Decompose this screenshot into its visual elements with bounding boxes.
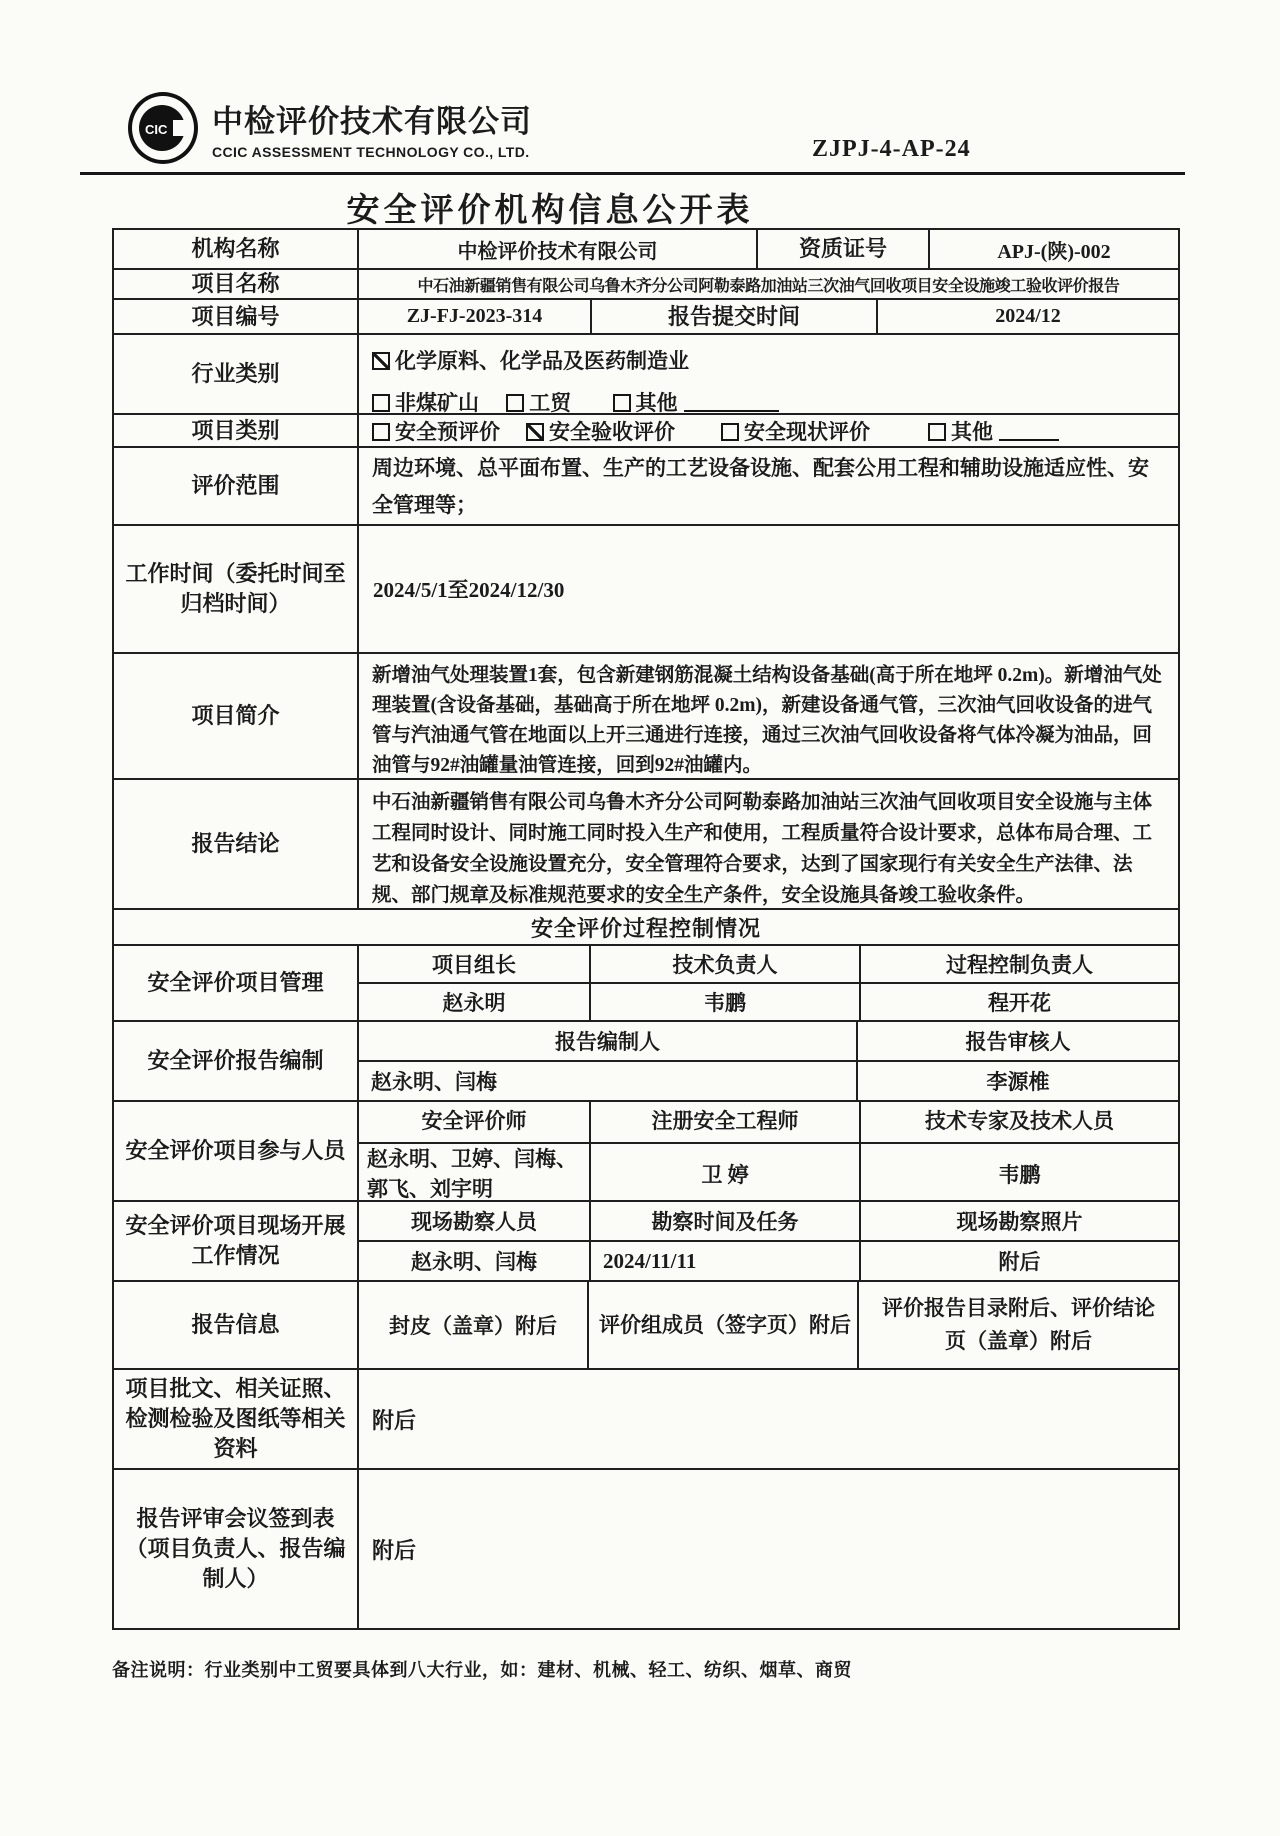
checkbox-unchecked-icon xyxy=(506,394,524,412)
row-attachments: 项目批文、相关证照、检测检验及图纸等相关资料 附后 xyxy=(114,1368,1178,1468)
checkbox-unchecked-icon xyxy=(372,394,390,412)
participants-subtable: 安全评价师 注册安全工程师 技术专家及技术人员 赵永明、卫婷、闫梅、郭飞、刘宇明… xyxy=(357,1102,1178,1200)
row-project-type: 项目类别 安全预评价 安全验收评价 安全现状评价 其他 xyxy=(114,413,1178,446)
checkbox-checked-icon xyxy=(526,423,544,441)
conclusion-label: 报告结论 xyxy=(114,780,357,908)
participants-value-row: 赵永明、卫婷、闫梅、郭飞、刘宇明 卫 婷 韦鹏 xyxy=(359,1142,1178,1200)
reviewer-value: 李源椎 xyxy=(856,1062,1178,1100)
compilation-value-row: 赵永明、闫梅 李源椎 xyxy=(359,1060,1178,1100)
row-participants: 安全评价项目参与人员 安全评价师 注册安全工程师 技术专家及技术人员 赵永明、卫… xyxy=(114,1100,1178,1200)
row-scope: 评价范围 周边环境、总平面布置、生产的工艺设备设施、配套公用工程和辅助设施适应性… xyxy=(114,446,1178,524)
form-title: 安全评价机构信息公开表 xyxy=(0,184,1100,231)
assessors-value: 赵永明、卫婷、闫梅、郭飞、刘宇明 xyxy=(359,1144,589,1200)
scanned-document-page: CIC 中检评价技术有限公司 CCIC ASSESSMENT TECHNOLOG… xyxy=(0,0,1280,1836)
reviewer-col-header: 报告审核人 xyxy=(856,1022,1178,1060)
editor-col-header: 报告编制人 xyxy=(359,1022,856,1060)
project-no-value: ZJ-FJ-2023-314 xyxy=(357,300,590,333)
report-catalog-value: 评价报告目录附后、评价结论页（盖章）附后 xyxy=(857,1282,1178,1368)
review-signin-label: 报告评审会议签到表（项目负责人、报告编制人） xyxy=(114,1470,357,1628)
col-header: 项目组长 xyxy=(359,946,589,982)
project-type-option: 安全预评价 xyxy=(372,416,500,446)
row-review-signin: 报告评审会议签到表（项目负责人、报告编制人） 附后 xyxy=(114,1468,1178,1628)
ccic-logo: CIC xyxy=(128,92,198,164)
col-header: 注册安全工程师 xyxy=(589,1102,859,1142)
project-intro-label: 项目简介 xyxy=(114,654,357,778)
submit-time-label: 报告提交时间 xyxy=(590,300,876,333)
process-control-lead-value: 程开花 xyxy=(859,984,1178,1020)
management-value-row: 赵永明 韦鹏 程开花 xyxy=(359,982,1178,1020)
industry-option-checked: 化学原料、化学品及医药制造业 xyxy=(372,345,1170,375)
surveyors-value: 赵永明、闫梅 xyxy=(359,1242,589,1280)
tech-lead-value: 韦鹏 xyxy=(589,984,859,1020)
row-work-time: 工作时间（委托时间至归档时间） 2024/5/1至2024/12/30 xyxy=(114,524,1178,652)
participants-header-row: 安全评价师 注册安全工程师 技术专家及技术人员 xyxy=(359,1102,1178,1142)
site-photos-value: 附后 xyxy=(859,1242,1178,1280)
footer-note: 备注说明：行业类别中工贸要具体到八大行业，如：建材、机械、轻工、纺织、烟草、商贸 xyxy=(112,1656,852,1682)
col-header: 技术专家及技术人员 xyxy=(859,1102,1178,1142)
row-report-info: 报告信息 封皮（盖章）附后 评价组成员（签字页）附后 评价报告目录附后、评价结论… xyxy=(114,1280,1178,1368)
logo-cic-text: CIC xyxy=(145,122,167,137)
col-header: 安全评价师 xyxy=(359,1102,589,1142)
row-management: 安全评价项目管理 项目组长 技术负责人 过程控制负责人 赵永明 韦鹏 程开花 xyxy=(114,944,1178,1020)
management-subtable: 项目组长 技术负责人 过程控制负责人 赵永明 韦鹏 程开花 xyxy=(357,946,1178,1020)
project-type-options: 安全预评价 安全验收评价 安全现状评价 其他 xyxy=(357,415,1178,446)
row-compilation: 安全评价报告编制 报告编制人 报告审核人 赵永明、闫梅 李源椎 xyxy=(114,1020,1178,1100)
registered-engineer-value: 卫 婷 xyxy=(589,1144,859,1200)
org-name-label: 机构名称 xyxy=(114,230,357,268)
row-org: 机构名称 中检评价技术有限公司 资质证号 APJ-(陕)-002 xyxy=(114,230,1178,268)
col-header: 现场勘察照片 xyxy=(859,1202,1178,1240)
industry-option: 其他 xyxy=(613,391,779,413)
site-work-value-row: 赵永明、闫梅 2024/11/11 附后 xyxy=(359,1240,1178,1280)
project-name-label: 项目名称 xyxy=(114,270,357,298)
col-header: 勘察时间及任务 xyxy=(589,1202,859,1240)
report-info-label: 报告信息 xyxy=(114,1282,357,1368)
company-block: 中检评价技术有限公司 CCIC ASSESSMENT TECHNOLOGY CO… xyxy=(212,96,532,160)
info-disclosure-table: 机构名称 中检评价技术有限公司 资质证号 APJ-(陕)-002 项目名称 中石… xyxy=(112,228,1180,1630)
industry-options-unchecked: 非煤矿山 工贸 其他 xyxy=(372,387,1170,413)
col-header: 现场勘察人员 xyxy=(359,1202,589,1240)
cert-no-label: 资质证号 xyxy=(756,230,928,268)
col-header: 技术负责人 xyxy=(589,946,859,982)
project-no-label: 项目编号 xyxy=(114,300,357,333)
industry-options: 化学原料、化学品及医药制造业 非煤矿山 工贸 其他 xyxy=(357,335,1178,413)
project-type-label: 项目类别 xyxy=(114,415,357,446)
project-type-option: 安全现状评价 xyxy=(721,416,870,446)
site-work-label: 安全评价项目现场开展工作情况 xyxy=(114,1202,357,1280)
compilation-subtable: 报告编制人 报告审核人 赵永明、闫梅 李源椎 xyxy=(357,1022,1178,1100)
project-type-option: 其他 xyxy=(928,416,1059,446)
row-project-intro: 项目简介 新增油气处理装置1套，包含新建钢筋混凝土结构设备基础(高于所在地坪 0… xyxy=(114,652,1178,778)
attachments-label: 项目批文、相关证照、检测检验及图纸等相关资料 xyxy=(114,1370,357,1468)
row-industry: 行业类别 化学原料、化学品及医药制造业 非煤矿山 工贸 其他 xyxy=(114,333,1178,413)
industry-label: 行业类别 xyxy=(114,335,357,413)
tech-experts-value: 韦鹏 xyxy=(859,1144,1178,1200)
site-work-header-row: 现场勘察人员 勘察时间及任务 现场勘察照片 xyxy=(359,1202,1178,1240)
row-project-no: 项目编号 ZJ-FJ-2023-314 报告提交时间 2024/12 xyxy=(114,298,1178,333)
industry-option: 工贸 xyxy=(506,391,571,413)
review-signin-value: 附后 xyxy=(357,1470,1178,1628)
project-name-value: 中石油新疆销售有限公司乌鲁木齐分公司阿勒泰路加油站三次油气回收项目安全设施竣工验… xyxy=(357,270,1178,298)
attachments-value: 附后 xyxy=(357,1370,1178,1468)
compilation-header-row: 报告编制人 报告审核人 xyxy=(359,1022,1178,1060)
project-intro-value: 新增油气处理装置1套，包含新建钢筋混凝土结构设备基础(高于所在地坪 0.2m)。… xyxy=(357,654,1178,778)
cover-seal-value: 封皮（盖章）附后 xyxy=(357,1282,587,1368)
blank-underline xyxy=(999,425,1059,441)
work-time-value: 2024/5/1至2024/12/30 xyxy=(357,526,1178,652)
checkbox-checked-icon xyxy=(372,352,390,370)
row-project-name: 项目名称 中石油新疆销售有限公司乌鲁木齐分公司阿勒泰路加油站三次油气回收项目安全… xyxy=(114,268,1178,298)
checkbox-unchecked-icon xyxy=(613,394,631,412)
checkbox-unchecked-icon xyxy=(928,423,946,441)
compilation-label: 安全评价报告编制 xyxy=(114,1022,357,1100)
checkbox-unchecked-icon xyxy=(372,423,390,441)
editor-value: 赵永明、闫梅 xyxy=(359,1062,856,1100)
checkbox-unchecked-icon xyxy=(721,423,739,441)
submit-time-value: 2024/12 xyxy=(876,300,1178,333)
survey-date-value: 2024/11/11 xyxy=(589,1242,859,1280)
management-header-row: 项目组长 技术负责人 过程控制负责人 xyxy=(359,946,1178,982)
blank-underline xyxy=(684,396,779,412)
document-code: ZJPJ-4-AP-24 xyxy=(812,136,971,163)
project-type-option: 安全验收评价 xyxy=(526,416,675,446)
project-leader-value: 赵永明 xyxy=(359,984,589,1020)
header-divider xyxy=(80,172,1185,175)
row-site-work: 安全评价项目现场开展工作情况 现场勘察人员 勘察时间及任务 现场勘察照片 赵永明… xyxy=(114,1200,1178,1280)
row-process-header: 安全评价过程控制情况 xyxy=(114,908,1178,944)
company-name-cn: 中检评价技术有限公司 xyxy=(212,96,532,141)
industry-option: 非煤矿山 xyxy=(372,391,479,413)
process-control-header: 安全评价过程控制情况 xyxy=(114,910,1178,944)
scope-value: 周边环境、总平面布置、生产的工艺设备设施、配套公用工程和辅助设施适应性、安全管理… xyxy=(357,448,1178,524)
org-name-value: 中检评价技术有限公司 xyxy=(357,230,756,268)
conclusion-value: 中石油新疆销售有限公司乌鲁木齐分公司阿勒泰路加油站三次油气回收项目安全设施与主体… xyxy=(357,780,1178,908)
company-name-en: CCIC ASSESSMENT TECHNOLOGY CO., LTD. xyxy=(212,144,532,160)
site-work-subtable: 现场勘察人员 勘察时间及任务 现场勘察照片 赵永明、闫梅 2024/11/11 … xyxy=(357,1202,1178,1280)
participants-label: 安全评价项目参与人员 xyxy=(114,1102,357,1200)
management-label: 安全评价项目管理 xyxy=(114,946,357,1020)
team-signature-value: 评价组成员（签字页）附后 xyxy=(587,1282,857,1368)
row-conclusion: 报告结论 中石油新疆销售有限公司乌鲁木齐分公司阿勒泰路加油站三次油气回收项目安全… xyxy=(114,778,1178,908)
scope-label: 评价范围 xyxy=(114,448,357,524)
col-header: 过程控制负责人 xyxy=(859,946,1178,982)
cert-no-value: APJ-(陕)-002 xyxy=(928,230,1178,268)
work-time-label: 工作时间（委托时间至归档时间） xyxy=(114,526,357,652)
